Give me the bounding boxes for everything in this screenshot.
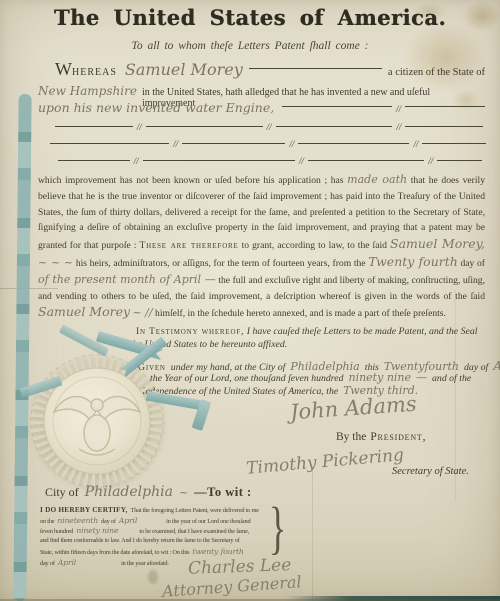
blank-line — [405, 126, 483, 127]
secretary-signature: Timothy Pickering — [245, 445, 404, 479]
blank-line — [58, 160, 130, 161]
blank-line — [143, 160, 295, 161]
patentee-name-handwritten: Samuel Morey, — [390, 236, 485, 251]
certification-line-3: ſeven hundred ninety nine to be examined… — [40, 526, 249, 535]
by-the-president-label: By the President, — [336, 431, 426, 443]
cert-text: day of — [40, 560, 55, 567]
body-text: to grant, according to law, to the ſaid — [242, 240, 387, 251]
certification-line-1: I DO HEREBY CERTIFY, That the foregoing … — [40, 505, 259, 514]
certification-line-4: and find them conformable to law. And I … — [40, 537, 240, 544]
body-text: himſelf, in the ſchedule hereto annexed,… — [155, 308, 446, 319]
given-text: and of the — [432, 373, 471, 384]
attorney-title-handwritten: Attorney General — [162, 572, 303, 601]
certification-brace: } — [269, 499, 286, 557]
blank-line-row: // // // — [55, 122, 483, 132]
body-text: which improvement has not been known or … — [38, 175, 344, 186]
whereas-line-1: Whereas Samuel Morey a citizen of the St… — [55, 60, 485, 79]
ditto-mark: // — [295, 156, 308, 166]
city-label: City of — [45, 485, 79, 500]
blank-line — [422, 143, 486, 144]
delivered-day-handwritten: nineteenth — [57, 516, 98, 525]
blank-line — [298, 143, 409, 144]
oath-handwritten: made oath — [347, 173, 407, 186]
certify-caps: I DO HEREBY CERTIFY, — [40, 505, 128, 514]
patentee-name-handwritten: Samuel Morey — [125, 60, 243, 79]
therefore-clause: These are therefore — [140, 240, 239, 251]
invention-handwritten: upon his new invented water Engine, — [38, 100, 274, 115]
delivered-month-handwritten: April — [119, 516, 137, 525]
cert-text: ſeven hundred — [40, 528, 73, 535]
return-day-handwritten: twenty fourth — [192, 547, 243, 556]
cert-text: in the year aforeſaid. — [121, 560, 169, 567]
blank-line — [55, 126, 133, 127]
by-lead: By the — [336, 431, 366, 443]
cert-text: and find them conformable to law. And I … — [40, 537, 240, 544]
testimony-paragraph: In Testimony whereof, I have cauſed theſ… — [120, 326, 484, 351]
term-month-handwritten: of the present month of April — — [38, 273, 216, 286]
flourish-marks: ~ ~ ~ — [38, 256, 73, 269]
cert-text: in the year of our Lord one thouſand — [166, 518, 250, 525]
city-towit-line: City of Philadelphia ~ —To wit : — [45, 484, 252, 500]
given-day-handwritten: Twentyfourth — [384, 360, 459, 373]
blank-line — [282, 106, 392, 107]
president-word: President, — [370, 431, 426, 443]
to-wit-label: —To wit : — [194, 485, 252, 500]
state-handwritten: New Hampshire — [38, 84, 137, 98]
given-text: under my hand, at the City of — [171, 362, 286, 373]
in-testimony-caps: In Testimony whereof, — [136, 326, 244, 337]
given-line-1: Given under my hand, at the City of Phil… — [138, 358, 500, 373]
given-text: this — [365, 362, 379, 373]
blank-line — [308, 160, 424, 161]
blank-line — [405, 106, 485, 107]
blank-line — [276, 126, 393, 127]
cert-text: That the foregoing Letters Patent, were … — [131, 507, 259, 514]
secretary-title: Secretary of State. — [392, 466, 469, 477]
ink-blot — [148, 570, 158, 584]
cert-text: to be examined, that I have examined the… — [139, 528, 249, 535]
cert-text: on the — [40, 518, 54, 525]
certification-line-2: on the nineteenth day of April in the ye… — [40, 516, 250, 525]
return-month-handwritten: April — [58, 558, 76, 567]
ditto-mark: // — [169, 139, 182, 149]
document-title: The United States of America. — [0, 5, 500, 30]
ditto-mark: // — [392, 104, 405, 114]
blank-line-row: // // // — [58, 156, 482, 166]
body-text: day of — [460, 258, 485, 269]
ditto-mark: // — [409, 139, 422, 149]
body-text: his heirs, adminiſtrators, or aſſigns, f… — [76, 258, 366, 269]
fold-crease — [312, 468, 313, 601]
whereas-initial: W — [55, 62, 72, 76]
citizen-clause: a citizen of the State of — [388, 67, 485, 78]
certification-line-6: day of April in the year aforeſaid. — [40, 558, 169, 567]
blank-line — [50, 143, 169, 144]
blank-line — [249, 68, 382, 69]
ditto-mark: // — [392, 122, 405, 132]
given-month-handwritten: April — [493, 358, 500, 373]
flourish-marks: ~ // — [132, 306, 152, 319]
blank-line — [146, 126, 263, 127]
ditto-mark: // — [424, 156, 437, 166]
flourish-mark: ~ — [179, 486, 188, 499]
cert-text: day of — [101, 518, 116, 525]
cert-year-handwritten: ninety nine — [76, 526, 118, 535]
salutation-line: To all to whom theſe Letters Patent ſhal… — [0, 40, 500, 52]
ditto-mark: // — [285, 139, 298, 149]
blank-line — [182, 143, 285, 144]
letters-patent-document: The United States of America. To all to … — [0, 0, 500, 601]
given-text: day of — [464, 362, 488, 373]
blank-line — [437, 160, 482, 161]
city-handwritten: Philadelphia — [85, 484, 173, 500]
city-handwritten: Philadelphia — [290, 360, 359, 373]
blank-line-row: // // // — [50, 139, 486, 149]
grant-paragraph: which improvement has not been known or … — [38, 172, 485, 322]
given-text: the Year of our Lord, one thouſand ſeven… — [150, 373, 343, 384]
silk-ribbon-vertical — [13, 94, 31, 601]
ditto-mark: // — [130, 156, 143, 166]
patentee-name-handwritten: Samuel Morey — [38, 304, 130, 319]
whereas-word: hereas — [72, 67, 117, 78]
ditto-mark: // — [263, 122, 276, 132]
term-day-handwritten: Twenty fourth — [368, 254, 458, 269]
ditto-mark: // — [133, 122, 146, 132]
certification-line-5: State, within fifteen days from the date… — [40, 547, 244, 556]
invention-line: upon his new invented water Engine, // — [38, 100, 485, 115]
cert-text: State, within fifteen days from the date… — [40, 549, 189, 556]
